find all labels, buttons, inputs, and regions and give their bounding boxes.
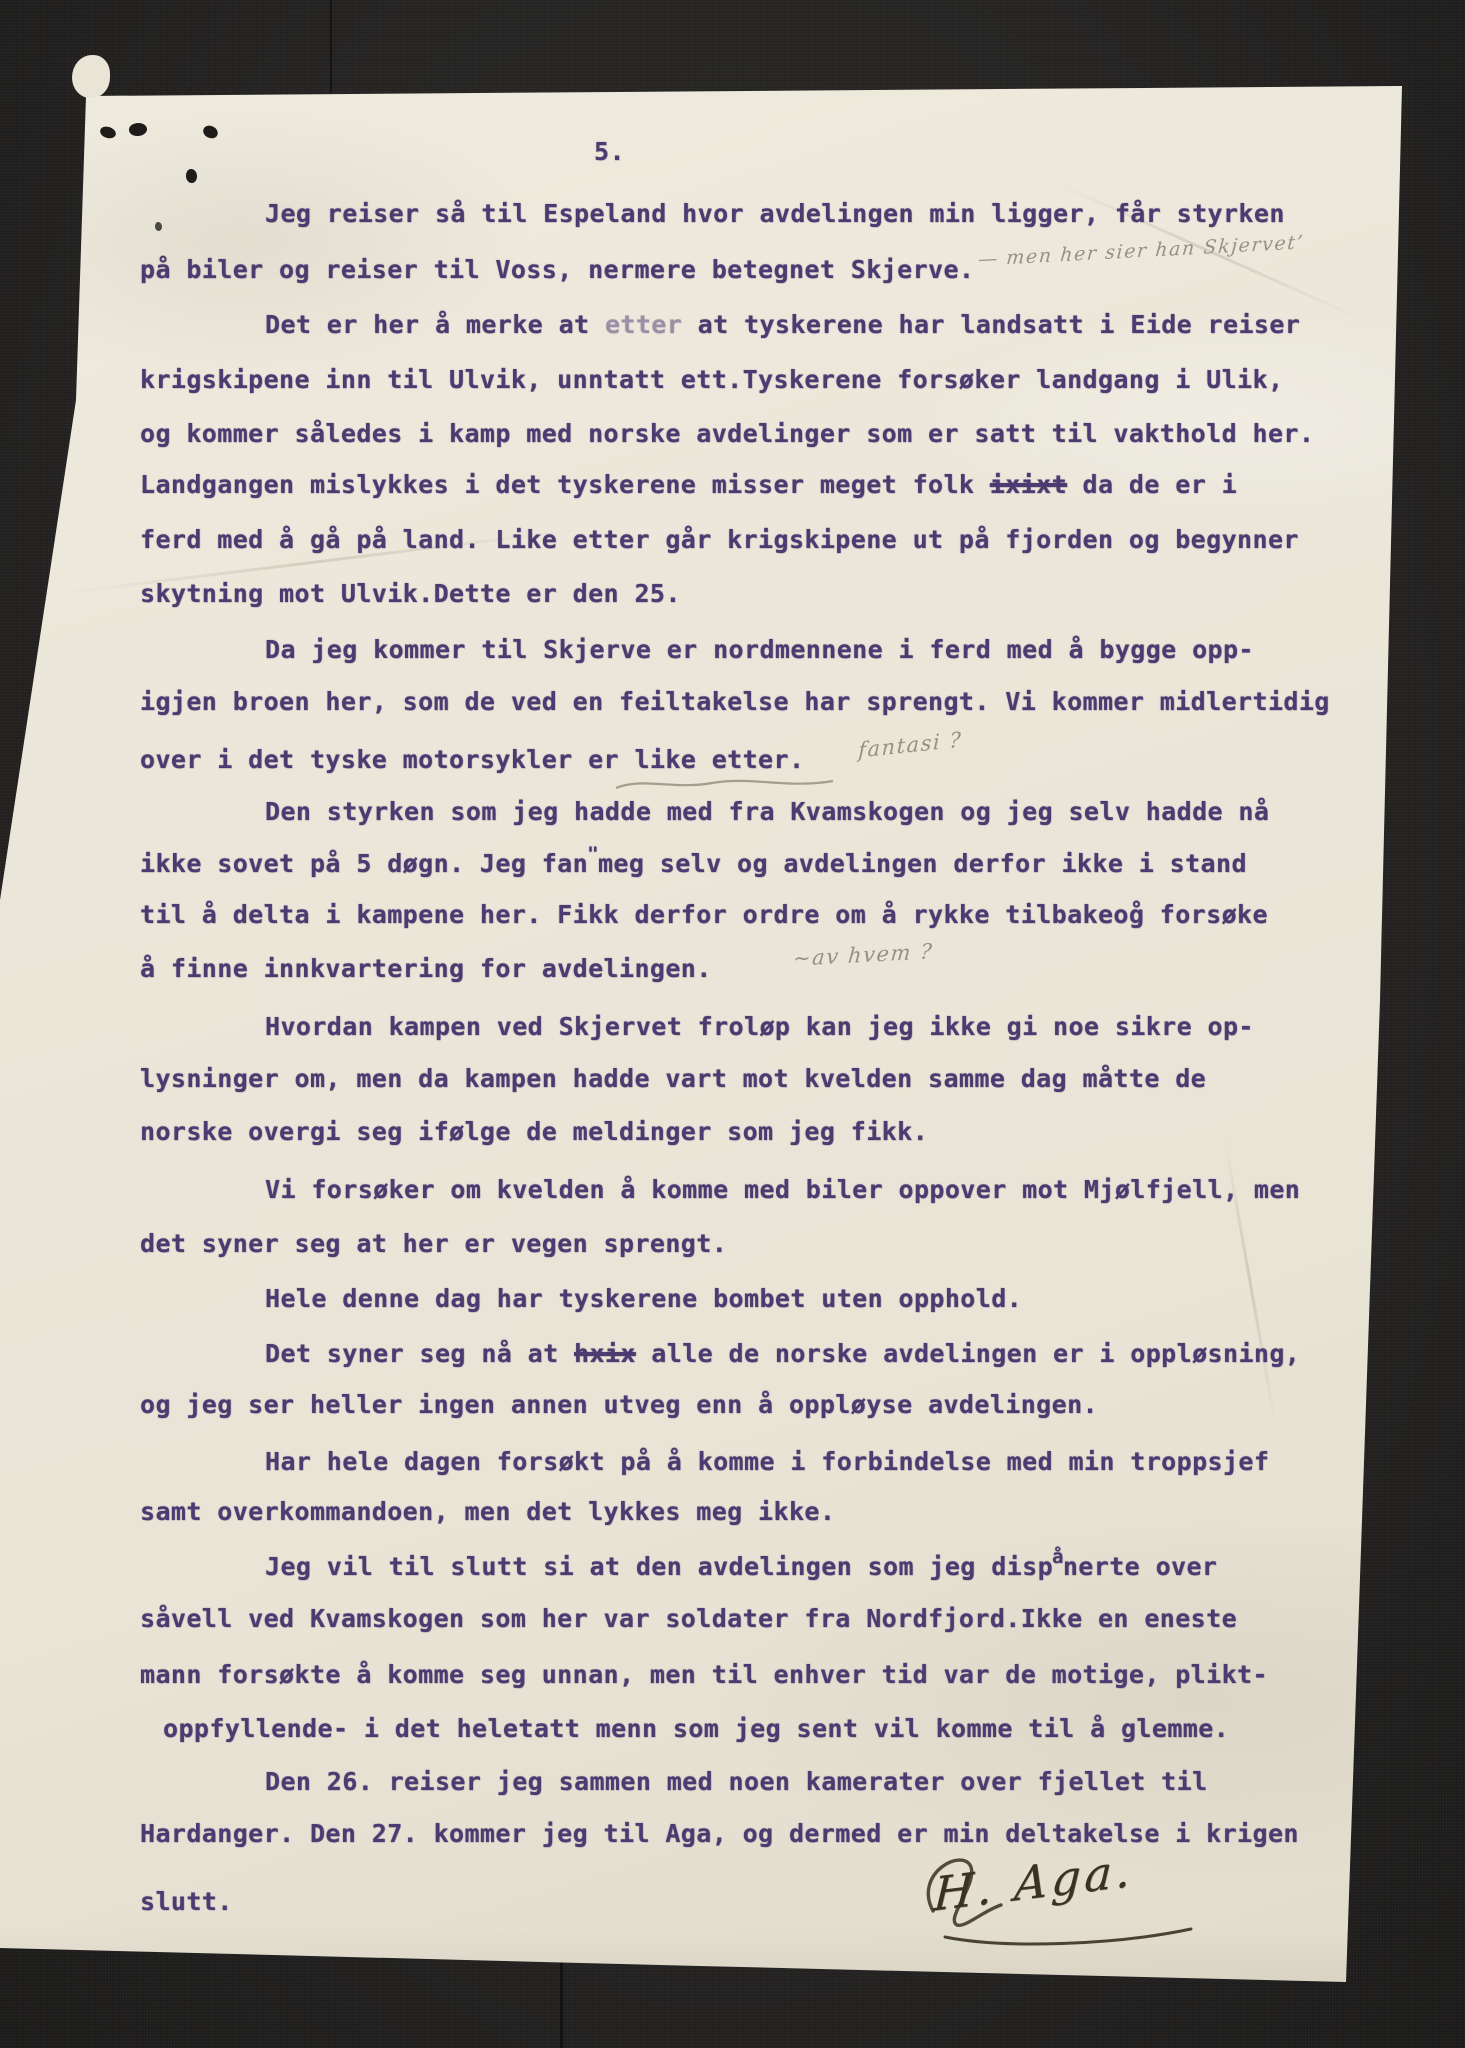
- typed-segment: slutt.: [140, 1887, 233, 1916]
- backdrop-crease: [330, 0, 332, 92]
- typed-segment: lysninger om, men da kampen hadde vart m…: [140, 1064, 1206, 1093]
- typed-line: samt overkommandoen, men det lykkes meg …: [140, 1498, 835, 1527]
- typed-line: Da jeg kommer til Skjerve er nordmennene…: [265, 636, 1254, 665]
- typed-segment: ikke sovet på 5 døgn. Jeg fan: [140, 849, 588, 878]
- typed-segment: ixixt: [990, 470, 1067, 499]
- typed-segment: Den styrken som jeg hadde med fra Kvamsk…: [265, 797, 1269, 826]
- backdrop-crease: [560, 1950, 563, 2048]
- typed-line: over i det tyske motorsykler er like ett…: [140, 746, 804, 775]
- typed-line: Jeg reiser så til Espeland hvor avdeling…: [265, 200, 1285, 229]
- typed-segment: oppfyllende- i det heletatt menn som jeg…: [163, 1714, 1229, 1743]
- typed-segment: etter: [605, 310, 682, 339]
- typed-segment: Den 26. reiser jeg sammen med noen kamer…: [265, 1767, 1208, 1796]
- typed-line: slutt.: [140, 1888, 233, 1917]
- typed-segment: å finne innkvartering for avdelingen.: [140, 954, 712, 983]
- typed-line: Har hele dagen forsøkt på å komme i forb…: [265, 1448, 1269, 1477]
- typed-segment: krigskipene inn til Ulvik, unntatt ett.T…: [140, 365, 1283, 394]
- typed-segment: ferd med å gå på land. Like etter går kr…: [140, 525, 1299, 554]
- typed-line: til å delta i kampene her. Fikk derfor o…: [140, 901, 1268, 930]
- typed-segment: og kommer således i kamp med norske avde…: [140, 419, 1314, 448]
- signature-flourish: [905, 1845, 1225, 1955]
- typed-segment: da de er i: [1067, 470, 1237, 499]
- typed-line: Hele denne dag har tyskerene bombet uten…: [265, 1285, 1022, 1314]
- typed-segment: hxix: [574, 1339, 636, 1368]
- typed-segment: igjen broen her, som de ved en feiltakel…: [140, 687, 1330, 716]
- typed-line: oppfyllende- i det heletatt menn som jeg…: [163, 1715, 1229, 1744]
- pencil-underline: [612, 772, 837, 796]
- typed-segment: Har hele dagen forsøkt på å komme i forb…: [265, 1447, 1269, 1476]
- typed-line: Det er her å merke at etter at tyskerene…: [265, 311, 1300, 340]
- typed-segment: Det syner seg nå at: [265, 1339, 574, 1368]
- typed-line: Det syner seg nå at hxix alle de norske …: [265, 1340, 1300, 1369]
- typed-segment: på biler og reiser til Voss, nermere bet…: [140, 255, 974, 284]
- paper-tear-nub: [72, 55, 110, 98]
- typed-segment: Det er her å merke at: [265, 310, 605, 339]
- paper-hole: [186, 169, 197, 183]
- typed-segment: Da jeg kommer til Skjerve er nordmennene…: [265, 635, 1254, 664]
- typed-line: lysninger om, men da kampen hadde vart m…: [140, 1065, 1206, 1094]
- typed-line: å finne innkvartering for avdelingen.: [140, 955, 712, 984]
- typed-line: igjen broen her, som de ved en feiltakel…: [140, 688, 1330, 717]
- scanned-page: 5. Jeg reiser så til Espeland hvor avdel…: [0, 0, 1465, 2048]
- typed-line: på biler og reiser til Voss, nermere bet…: [140, 256, 974, 285]
- typed-segment: å: [1052, 1547, 1064, 1569]
- typed-line: Landgangen mislykkes i det tyskerene mis…: [140, 471, 1237, 500]
- typed-line: ferd med å gå på land. Like etter går kr…: [140, 526, 1299, 555]
- typed-line: Jeg vil til slutt si at den avdelingen s…: [265, 1553, 1217, 1582]
- typed-segment: Vi forsøker om kvelden å komme med biler…: [265, 1175, 1300, 1204]
- typed-line: Den 26. reiser jeg sammen med noen kamer…: [265, 1768, 1208, 1797]
- typed-segment: skytning mot Ulvik.Dette er den 25.: [140, 579, 681, 608]
- typed-line: mann forsøkte å komme seg unnan, men til…: [140, 1661, 1268, 1690]
- typed-line: krigskipene inn til Ulvik, unntatt ett.T…: [140, 366, 1283, 395]
- typed-segment: mann forsøkte å komme seg unnan, men til…: [140, 1660, 1268, 1689]
- typed-line: det syner seg at her er vegen sprengt.: [140, 1230, 727, 1259]
- typed-segment: meg selv og avdelingen derfor ikke i sta…: [598, 849, 1247, 878]
- typed-segment: Jeg vil til slutt si at den avdelingen s…: [265, 1552, 1053, 1581]
- typed-segment: såvell ved Kvamskogen som her var soldat…: [140, 1604, 1237, 1633]
- typed-segment: til å delta i kampene her. Fikk derfor o…: [140, 900, 1268, 929]
- typed-segment: nerte over: [1063, 1552, 1218, 1581]
- typed-line: ikke sovet på 5 døgn. Jeg fan"meg selv o…: [140, 850, 1247, 879]
- typed-segment: det syner seg at her er vegen sprengt.: [140, 1229, 727, 1258]
- typed-segment: samt overkommandoen, men det lykkes meg …: [140, 1497, 835, 1526]
- paper-speck: [155, 222, 162, 231]
- typed-segment: over i det tyske motorsykler er like ett…: [140, 745, 804, 774]
- typed-line: Hvordan kampen ved Skjervet froløp kan j…: [265, 1013, 1254, 1042]
- typed-segment: alle de norske avdelingen er i oppløsnin…: [636, 1339, 1300, 1368]
- typed-segment: ": [587, 844, 599, 866]
- typed-line: Vi forsøker om kvelden å komme med biler…: [265, 1176, 1300, 1205]
- typed-line: skytning mot Ulvik.Dette er den 25.: [140, 580, 681, 609]
- typed-line: og jeg ser heller ingen annen utveg enn …: [140, 1391, 1098, 1420]
- typed-line: og kommer således i kamp med norske avde…: [140, 420, 1314, 449]
- typed-line: såvell ved Kvamskogen som her var soldat…: [140, 1605, 1237, 1634]
- typed-segment: Landgangen mislykkes i det tyskerene mis…: [140, 470, 990, 499]
- typed-segment: og jeg ser heller ingen annen utveg enn …: [140, 1390, 1098, 1419]
- signature: H. Aga.: [905, 1845, 1225, 1955]
- typed-segment: Hele denne dag har tyskerene bombet uten…: [265, 1284, 1022, 1313]
- typed-segment: Jeg reiser så til Espeland hvor avdeling…: [265, 199, 1285, 228]
- typed-line: Den styrken som jeg hadde med fra Kvamsk…: [265, 798, 1269, 827]
- page-number: 5.: [594, 138, 625, 167]
- typed-segment: norske overgi seg ifølge de meldinger so…: [140, 1117, 928, 1146]
- typed-segment: Hvordan kampen ved Skjervet froløp kan j…: [265, 1012, 1254, 1041]
- typed-line: norske overgi seg ifølge de meldinger so…: [140, 1118, 928, 1147]
- typed-segment: at tyskerene har landsatt i Eide reiser: [682, 310, 1300, 339]
